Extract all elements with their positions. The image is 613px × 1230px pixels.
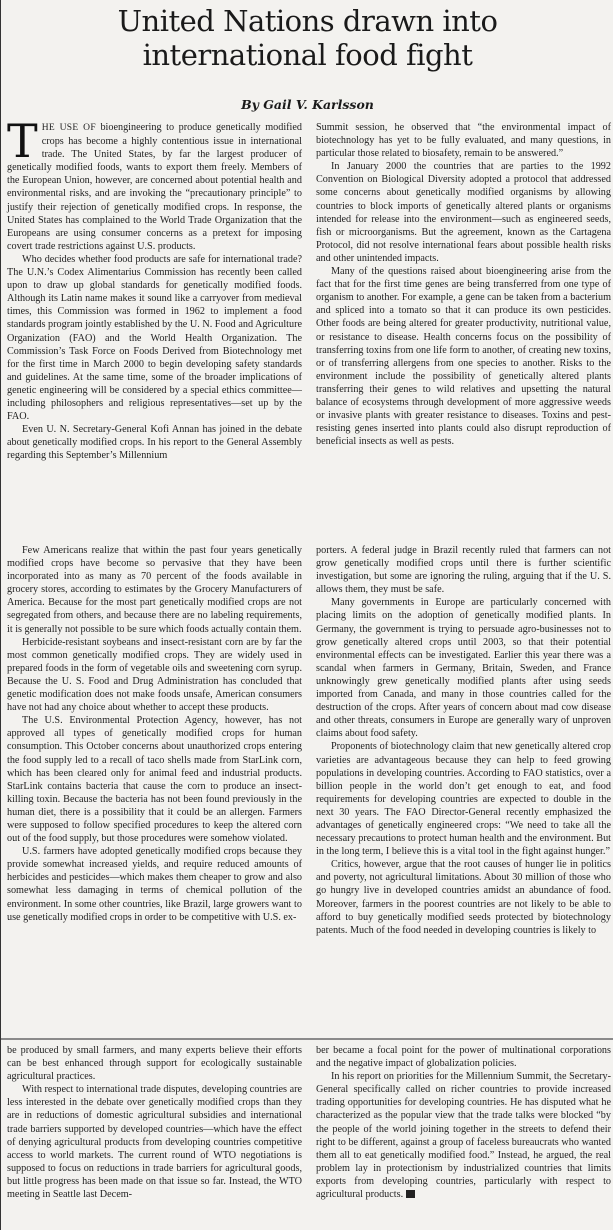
paragraph: Who decides whether food products are sa… xyxy=(7,253,302,423)
paragraph: ber became a focal point for the power o… xyxy=(316,1044,611,1070)
paragraph: U.S. farmers have adopted genetically mo… xyxy=(7,845,302,924)
column-right: Summit session, he observed that “the en… xyxy=(316,121,611,462)
paragraph: THE USE OF bioengineering to produce gen… xyxy=(7,121,302,253)
paragraph: Many governments in Europe are particula… xyxy=(316,596,611,740)
column-left: be produced by small farmers, and many e… xyxy=(7,1044,302,1201)
section-divider xyxy=(1,1038,613,1040)
paragraph: In his report on priorities for the Mill… xyxy=(316,1070,611,1201)
paragraph: be produced by small farmers, and many e… xyxy=(7,1044,302,1083)
column-left: Few Americans realize that within the pa… xyxy=(7,544,302,937)
column-right: ber became a focal point for the power o… xyxy=(316,1044,611,1201)
drop-cap: T xyxy=(7,122,42,160)
paragraph: Herbicide-resistant soybeans and insect-… xyxy=(7,636,302,715)
column-left: THE USE OF bioengineering to produce gen… xyxy=(7,121,302,462)
column-right: porters. A federal judge in Brazil recen… xyxy=(316,544,611,937)
headline-line-2: international food fight xyxy=(143,38,473,72)
lead-in-caps: HE USE OF xyxy=(42,123,96,133)
paragraph: Proponents of biotechnology claim that n… xyxy=(316,740,611,858)
headline-line-1: United Nations drawn into xyxy=(118,4,498,38)
paragraph: In January 2000 the countries that are p… xyxy=(316,160,611,265)
paragraph: The U.S. Environmental Protection Agency… xyxy=(7,714,302,845)
byline: By Gail V. Karlsson xyxy=(1,97,613,112)
article-section-3: be produced by small farmers, and many e… xyxy=(7,1044,611,1201)
paragraph: porters. A federal judge in Brazil recen… xyxy=(316,544,611,596)
article-page: United Nations drawn into international … xyxy=(0,0,613,1230)
paragraph: With respect to international trade disp… xyxy=(7,1083,302,1201)
end-mark-icon xyxy=(406,1190,415,1198)
article-section-2: Few Americans realize that within the pa… xyxy=(7,544,611,937)
paragraph: Many of the questions raised about bioen… xyxy=(316,265,611,448)
article-section-1: THE USE OF bioengineering to produce gen… xyxy=(7,121,611,462)
headline: United Nations drawn into international … xyxy=(1,4,613,72)
paragraph: Critics, however, argue that the root ca… xyxy=(316,858,611,937)
paragraph: Summit session, he observed that “the en… xyxy=(316,121,611,160)
paragraph: Few Americans realize that within the pa… xyxy=(7,544,302,636)
paragraph: Even U. N. Secretary-General Kofi Annan … xyxy=(7,423,302,462)
